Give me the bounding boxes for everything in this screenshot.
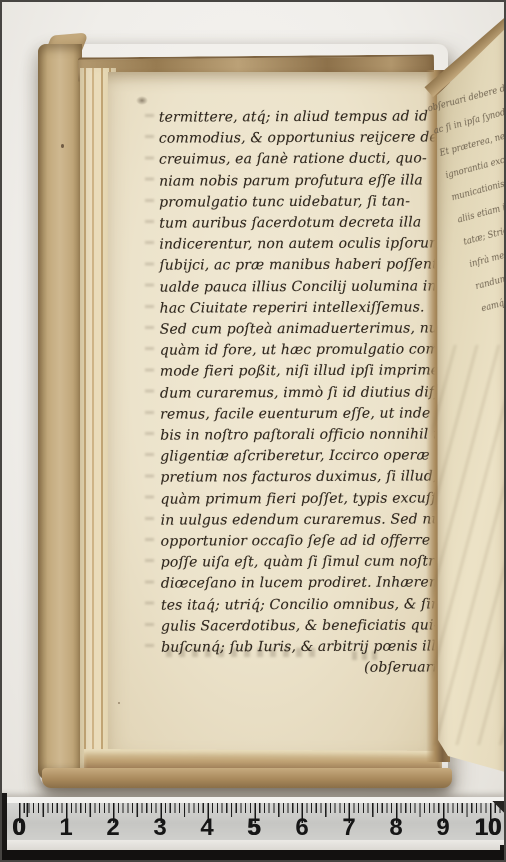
ruler-number-6: 6 (287, 815, 317, 841)
text-line: in uulgus edendum curaremus. Sed nulla (161, 509, 441, 531)
ruler-number-4: 4 (192, 815, 222, 841)
ruler-corner-cut (489, 801, 506, 816)
vellum-cover (38, 44, 82, 780)
show-through-margin-marks (145, 114, 154, 654)
ink-smudge (136, 96, 148, 105)
text-line: ſubijci, ac præ manibus haberi poſſent, … (159, 255, 439, 277)
text-line: poſſe uiſa eſt, quàm ſi ſimul cum noſtro (161, 552, 441, 574)
catchword: (obſeruari (161, 658, 441, 680)
text-line: buſcunq́; ſub Iuris, & arbitrij pœnis il… (161, 636, 441, 658)
photo-bottom-border (0, 850, 506, 862)
dust-speck (118, 702, 120, 704)
text-line: niam nobis parum profutura eſſe illa (159, 170, 439, 192)
ruler-number-7: 7 (334, 815, 364, 841)
text-line: ualde pauca illius Concilij uolumina in (159, 276, 439, 298)
measuring-ruler: 0 1 2 3 4 5 6 7 8 9 10 (0, 797, 506, 850)
text-line: indicerentur, non autem oculis ipſorum (159, 234, 439, 256)
printed-text-block: termittere, atq́; in aliud tempus ad id … (159, 106, 441, 680)
book-photograph: termittere, atq́; in aliud tempus ad id … (0, 0, 506, 862)
text-line: gligentiæ aſcriberetur, Iccirco operæ (160, 446, 440, 468)
facing-page-show-through (432, 345, 506, 745)
vellum-cover-bottom (42, 768, 452, 788)
text-line: dum curaremus, immò ſi id diutius differ… (160, 382, 440, 404)
text-line: commodius, & opportunius reijcere de- (159, 128, 439, 150)
ruler-number-3: 3 (145, 815, 175, 841)
text-line: promulgatio tunc uidebatur, ſi tan- (159, 191, 439, 213)
ruler-number-1: 1 (51, 815, 81, 841)
text-line: gulis Sacerdotibus, & beneficiatis qui- (161, 615, 441, 637)
text-line: hac Ciuitate reperiri intellexiſſemus. (160, 297, 440, 319)
text-line: bis in noſtro paſtorali officio nonnihil… (160, 424, 440, 446)
text-line: creuimus, ea ſanè ratione ducti, quo- (159, 149, 439, 171)
text-line: Sed cum poſteà animaduerterimus, nun- (160, 318, 440, 340)
text-line: termittere, atq́; in aliud tempus ad id (159, 106, 439, 128)
ruler-number-2: 2 (98, 815, 128, 841)
ruler-number-8: 8 (381, 815, 411, 841)
text-line: remus, facile euenturum eſſe, ut inde no… (160, 403, 440, 425)
ruler-number-0: 0 (4, 815, 34, 841)
ruler-number-9: 9 (428, 815, 458, 841)
ruler-number-5: 5 (239, 815, 269, 841)
text-line: diœceſano in lucem prodiret. Inhæren- (161, 573, 441, 595)
text-line: tum auribus ſacerdotum decreta illa (159, 212, 439, 234)
ruler-number-10: 10 (473, 815, 503, 841)
text-line: pretium nos facturos duximus, ſi illud, (160, 467, 440, 489)
dust-speck (61, 144, 64, 148)
text-line: mode fieri poßit, niſi illud ipſi imprim… (160, 361, 440, 383)
text-line: quàm primum fieri poſſet, typis excuſſum (160, 488, 440, 510)
text-line: tes itaq́; utriq́; Concilio omnibus, & ſ… (161, 594, 441, 616)
text-line: opportunior occaſio ſeſe ad id offerre (161, 530, 441, 552)
ruler-bottom-bevel (0, 840, 506, 850)
text-line: quàm id fore, ut hæc promulgatio com- (160, 340, 440, 362)
